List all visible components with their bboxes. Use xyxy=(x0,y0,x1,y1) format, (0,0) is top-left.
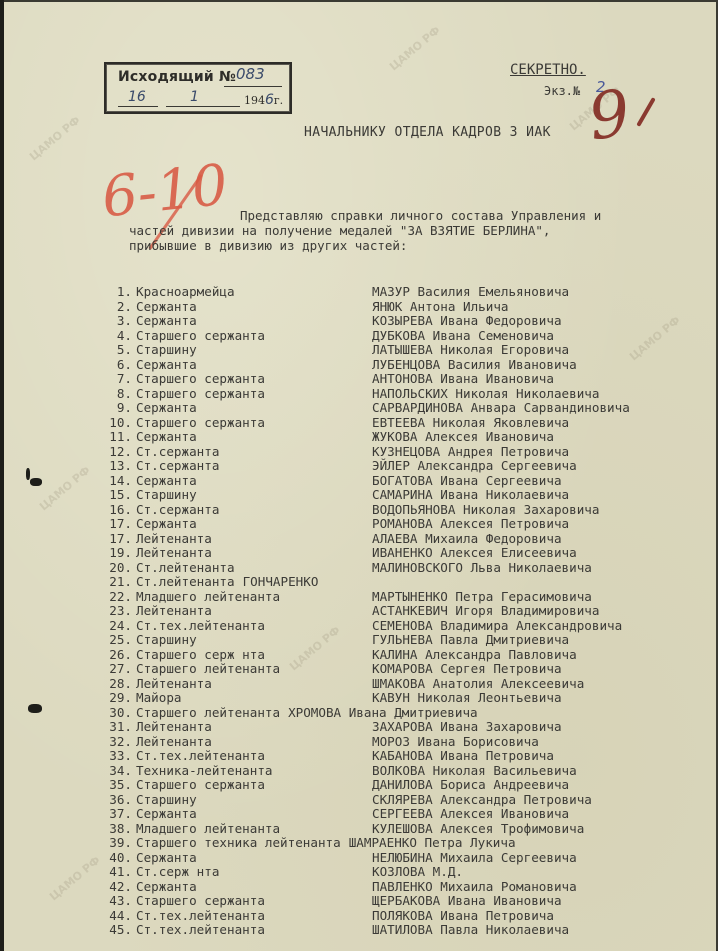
intro-line: прибывшие в дивизию из других частей: xyxy=(129,238,716,253)
list-item: 35.Старшего сержантаДАНИЛОВА Бориса Андр… xyxy=(102,778,716,793)
list-item: 38.Младшего лейтенантаКУЛЕШОВА Алексея Т… xyxy=(102,822,716,837)
item-number: 12. xyxy=(102,445,132,459)
punch-hole xyxy=(30,478,42,486)
list-item: 23.ЛейтенантаАСТАНКЕВИЧ Игоря Владимиров… xyxy=(102,604,716,619)
pencil-tick xyxy=(636,97,655,127)
item-rank: Старшину xyxy=(136,343,197,357)
item-name: МАРТЫНЕНКО Петра Герасимовича xyxy=(372,590,592,604)
item-rank: Ст.серж нта xyxy=(136,865,219,879)
item-number: 25. xyxy=(102,633,132,647)
stamp-underline xyxy=(224,86,282,87)
item-name: ХРОМОВА Ивана Дмитриевича xyxy=(288,705,478,720)
item-number: 31. xyxy=(102,720,132,734)
list-item: 14.СержантаБОГАТОВА Ивана Сергеевича xyxy=(102,474,716,489)
item-number: 30. xyxy=(102,706,132,720)
list-item: 25.СтаршинуГУЛЬНЕВА Павла Дмитриевича xyxy=(102,633,716,648)
outgoing-stamp: Исходящий № 083 16 1 1946г. xyxy=(104,62,292,114)
item-number: 38. xyxy=(102,822,132,836)
list-item: 20.Ст.лейтенантаМАЛИНОВСКОГО Льва Никола… xyxy=(102,561,716,576)
item-name: АНТОНОВА Ивана Ивановича xyxy=(372,372,554,386)
item-rank: Лейтенанта xyxy=(136,735,212,749)
item-number: 5. xyxy=(102,343,132,357)
item-rank: Старшину xyxy=(136,488,197,502)
item-name: ЗАХАРОВА Ивана Захаровича xyxy=(372,720,562,734)
item-name: ВОЛКОВА Николая Васильевича xyxy=(372,764,577,778)
list-item: 33.Ст.тех.лейтенантаКАБАНОВА Ивана Петро… xyxy=(102,749,716,764)
list-item: 17.ЛейтенантаАЛАЕВА Михаила Федоровича xyxy=(102,532,716,547)
item-number: 13. xyxy=(102,459,132,473)
item-number: 9. xyxy=(102,401,132,415)
item-number: 3. xyxy=(102,314,132,328)
item-rank: Старшего сержанта xyxy=(136,372,265,386)
item-name: ЩЕРБАКОВА Ивана Ивановича xyxy=(372,894,562,908)
punch-hole xyxy=(28,704,42,713)
item-number: 26. xyxy=(102,648,132,662)
item-name: СЕМЕНОВА Владимира Александровича xyxy=(372,619,622,633)
stamp-underline xyxy=(166,106,240,107)
item-number: 35. xyxy=(102,778,132,792)
item-rank: Ст.тех.лейтенанта xyxy=(136,749,265,763)
item-name: ЭЙЛЕР Александра Сергеевича xyxy=(372,459,577,473)
item-rank: Сержанта xyxy=(136,300,197,314)
list-item: 1.КрасноармейцаМАЗУР Василия Емельянович… xyxy=(102,285,716,300)
watermark: ЦАМО РФ xyxy=(387,24,443,74)
list-item: 37.СержантаСЕРГЕЕВА Алексея Ивановича xyxy=(102,807,716,822)
item-rank: Ст.тех.лейтенанта xyxy=(136,909,265,923)
list-item: 2.СержантаЯНЮК Антона Ильича xyxy=(102,300,716,315)
item-number: 16. xyxy=(102,503,132,517)
copy-label: Экз.№ xyxy=(544,84,580,98)
item-rank: Ст.сержанта xyxy=(136,445,219,459)
item-number: 45. xyxy=(102,923,132,937)
item-name: ЯНЮК Антона Ильича xyxy=(372,300,508,314)
item-number: 37. xyxy=(102,807,132,821)
item-rank: Сержанта xyxy=(136,807,197,821)
item-name: ШАТИЛОВА Павла Николаевича xyxy=(372,923,569,937)
rank-and-name: Старшего техника лейтенантаШАМРАЕНКО Пет… xyxy=(136,836,516,850)
watermark: ЦАМО РФ xyxy=(27,114,83,164)
list-item: 19.ЛейтенантаИВАНЕНКО Алексея Елисеевича xyxy=(102,546,716,561)
stamp-title: Исходящий № xyxy=(118,69,236,85)
item-rank: Старшего серж нта xyxy=(136,648,265,662)
sheet-number-mark: 9 xyxy=(585,81,634,150)
item-name: ШАМРАЕНКО Петра Лукича xyxy=(349,835,516,850)
list-item: 6.СержантаЛУБЕНЦОВА Василия Ивановича xyxy=(102,358,716,373)
item-name: ЖУКОВА Алексея Ивановича xyxy=(372,430,554,444)
list-item: 29.МайораКАВУН Николая Леонтьевича xyxy=(102,691,716,706)
item-number: 40. xyxy=(102,851,132,865)
item-name: СЕРГЕЕВА Алексея Ивановича xyxy=(372,807,569,821)
list-item: 30.Старшего лейтенантаХРОМОВА Ивана Дмит… xyxy=(102,706,716,721)
list-item: 41.Ст.серж нтаКОЗЛОВА М.Д. xyxy=(102,865,716,880)
item-number: 28. xyxy=(102,677,132,691)
item-rank: Майора xyxy=(136,691,182,705)
item-name: ДАНИЛОВА Бориса Андреевича xyxy=(372,778,569,792)
item-name: ВОДОПЬЯНОВА Николая Захаровича xyxy=(372,503,599,517)
item-rank: Сержанта xyxy=(136,851,197,865)
item-name: МОРОЗ Ивана Борисовича xyxy=(372,735,539,749)
item-number: 33. xyxy=(102,749,132,763)
item-number: 20. xyxy=(102,561,132,575)
item-name: АЛАЕВА Михаила Федоровича xyxy=(372,532,562,546)
item-rank: Сержанта xyxy=(136,474,197,488)
item-rank: Ст.сержанта xyxy=(136,459,219,473)
item-rank: Сержанта xyxy=(136,401,197,415)
item-number: 17. xyxy=(102,532,132,546)
item-name: НЕЛЮБИНА Михаила Сергеевича xyxy=(372,851,577,865)
item-rank: Ст.тех.лейтенанта xyxy=(136,619,265,633)
list-item: 42.СержантаПАВЛЕНКО Михаила Романовича xyxy=(102,880,716,895)
item-number: 19. xyxy=(102,546,132,560)
list-item: 28.ЛейтенантаШМАКОВА Анатолия Алексеевич… xyxy=(102,677,716,692)
item-number: 2. xyxy=(102,300,132,314)
item-name: МАЛИНОВСКОГО Льва Николаевича xyxy=(372,561,592,575)
item-name: КУЛЕШОВА Алексея Трофимовича xyxy=(372,822,584,836)
rank-and-name: Старшего лейтенантаХРОМОВА Ивана Дмитрие… xyxy=(136,706,478,720)
item-rank: Старшего лейтенанта xyxy=(136,705,280,720)
addressee: НАЧАЛЬНИКУ ОТДЕЛА КАДРОВ 3 ИАК xyxy=(304,125,551,140)
item-number: 42. xyxy=(102,880,132,894)
item-name: ПОЛЯКОВА Ивана Петровича xyxy=(372,909,554,923)
item-name: БОГАТОВА Ивана Сергеевича xyxy=(372,474,562,488)
item-rank: Лейтенанта xyxy=(136,546,212,560)
item-name: КУЗНЕЦОВА Андрея Петровича xyxy=(372,445,569,459)
stamp-month: 1 xyxy=(190,89,199,105)
item-rank: Красноармейца xyxy=(136,285,235,299)
intro-line: частей дивизии на получение медалей "ЗА … xyxy=(129,223,716,238)
item-rank: Сержанта xyxy=(136,880,197,894)
item-name: СКЛЯРЕВА Александра Петровича xyxy=(372,793,592,807)
item-number: 21. xyxy=(102,575,132,589)
list-item: 34.Техника-лейтенантаВОЛКОВА Николая Вас… xyxy=(102,764,716,779)
item-rank: Ст.лейтенанта xyxy=(136,561,235,575)
list-item: 7.Старшего сержантаАНТОНОВА Ивана Иванов… xyxy=(102,372,716,387)
item-name: КАВУН Николая Леонтьевича xyxy=(372,691,562,705)
item-rank: Старшего лейтенанта xyxy=(136,662,280,676)
item-name: ГУЛЬНЕВА Павла Дмитриевича xyxy=(372,633,569,647)
item-number: 36. xyxy=(102,793,132,807)
stamp-day: 16 xyxy=(128,89,146,105)
item-rank: Младшего лейтенанта xyxy=(136,590,280,604)
item-name: КОЗЛОВА М.Д. xyxy=(372,865,463,879)
list-item: 15.СтаршинуСАМАРИНА Ивана Николаевича xyxy=(102,488,716,503)
item-number: 34. xyxy=(102,764,132,778)
intro-line: Представляю справки личного состава Упра… xyxy=(129,208,716,223)
item-number: 44. xyxy=(102,909,132,923)
item-rank: Сержанта xyxy=(136,358,197,372)
item-rank: Сержанта xyxy=(136,430,197,444)
item-name: САРВАРДИНОВА Анвара Сарвандиновича xyxy=(372,401,630,415)
list-item: 16.Ст.сержантаВОДОПЬЯНОВА Николая Захаро… xyxy=(102,503,716,518)
item-number: 15. xyxy=(102,488,132,502)
stamp-number: 083 xyxy=(236,65,265,83)
item-name: САМАРИНА Ивана Николаевича xyxy=(372,488,569,502)
item-number: 8. xyxy=(102,387,132,401)
item-number: 24. xyxy=(102,619,132,633)
rank-and-name: Ст.лейтенантаГОНЧАРЕНКО xyxy=(136,575,318,589)
list-item: 40.СержантаНЕЛЮБИНА Михаила Сергеевича xyxy=(102,851,716,866)
item-number: 4. xyxy=(102,329,132,343)
list-item: 32.ЛейтенантаМОРОЗ Ивана Борисовича xyxy=(102,735,716,750)
list-item: 26.Старшего серж нтаКАЛИНА Александра Па… xyxy=(102,648,716,663)
item-name: МАЗУР Василия Емельяновича xyxy=(372,285,569,299)
item-number: 32. xyxy=(102,735,132,749)
punch-hole xyxy=(26,468,30,480)
item-rank: Лейтенанта xyxy=(136,677,212,691)
stamp-year: 1946г. xyxy=(244,92,283,108)
item-name: ШМАКОВА Анатолия Алексеевича xyxy=(372,677,584,691)
item-rank: Младшего лейтенанта xyxy=(136,822,280,836)
item-rank: Ст.сержанта xyxy=(136,503,219,517)
list-item: 44.Ст.тех.лейтенантаПОЛЯКОВА Ивана Петро… xyxy=(102,909,716,924)
intro-paragraph: Представляю справки личного состава Упра… xyxy=(129,208,716,253)
item-name: АСТАНКЕВИЧ Игоря Владимировича xyxy=(372,604,599,618)
list-item: 27.Старшего лейтенантаКОМАРОВА Сергея Пе… xyxy=(102,662,716,677)
item-rank: Лейтенанта xyxy=(136,532,212,546)
secrecy-label: СЕКРЕТНО. xyxy=(510,62,586,78)
item-rank: Лейтенанта xyxy=(136,720,212,734)
item-name: КОМАРОВА Сергея Петровича xyxy=(372,662,562,676)
item-number: 1. xyxy=(102,285,132,299)
item-name: ЛАТЫШЕВА Николая Егоровича xyxy=(372,343,569,357)
list-item: 22.Младшего лейтенантаМАРТЫНЕНКО Петра Г… xyxy=(102,590,716,605)
list-item: 12.Ст.сержантаКУЗНЕЦОВА Андрея Петровича xyxy=(102,445,716,460)
item-number: 7. xyxy=(102,372,132,386)
item-number: 39. xyxy=(102,836,132,850)
item-number: 22. xyxy=(102,590,132,604)
item-name: НАПОЛЬСКИХ Николая Николаевича xyxy=(372,387,599,401)
item-rank: Старшину xyxy=(136,793,197,807)
item-rank: Сержанта xyxy=(136,517,197,531)
item-name: ИВАНЕНКО Алексея Елисеевича xyxy=(372,546,577,560)
item-rank: Сержанта xyxy=(136,314,197,328)
list-item: 13.Ст.сержантаЭЙЛЕР Александра Сергеевич… xyxy=(102,459,716,474)
item-rank: Старшего техника лейтенанта xyxy=(136,835,341,850)
list-item: 39.Старшего техника лейтенантаШАМРАЕНКО … xyxy=(102,836,716,851)
award-list: 1.КрасноармейцаМАЗУР Василия Емельянович… xyxy=(102,285,716,938)
item-name: ДУБКОВА Ивана Семеновича xyxy=(372,329,554,343)
list-item: 43.Старшего сержантаЩЕРБАКОВА Ивана Иван… xyxy=(102,894,716,909)
item-number: 23. xyxy=(102,604,132,618)
item-number: 17. xyxy=(102,517,132,531)
list-item: 9.СержантаСАРВАРДИНОВА Анвара Сарвандино… xyxy=(102,401,716,416)
item-name: КОЗЫРЕВА Ивана Федоровича xyxy=(372,314,562,328)
list-item: 45.Ст.тех.лейтенантаШАТИЛОВА Павла Никол… xyxy=(102,923,716,938)
item-rank: Старшего сержанта xyxy=(136,778,265,792)
list-item: 4.Старшего сержантаДУБКОВА Ивана Семенов… xyxy=(102,329,716,344)
document-page: ЦАМО РФ ЦАМО РФ ЦАМО РФ ЦАМО РФ ЦАМО РФ … xyxy=(4,2,716,951)
item-name: ЕВТЕЕВА Николая Яковлевича xyxy=(372,416,569,430)
item-number: 27. xyxy=(102,662,132,676)
item-name: КАБАНОВА Ивана Петровича xyxy=(372,749,554,763)
watermark: ЦАМО РФ xyxy=(37,464,93,514)
item-rank: Старшего сержанта xyxy=(136,387,265,401)
list-item: 10.Старшего сержантаЕВТЕЕВА Николая Яков… xyxy=(102,416,716,431)
item-number: 10. xyxy=(102,416,132,430)
item-number: 29. xyxy=(102,691,132,705)
list-item: 3.СержантаКОЗЫРЕВА Ивана Федоровича xyxy=(102,314,716,329)
item-number: 6. xyxy=(102,358,132,372)
item-number: 11. xyxy=(102,430,132,444)
item-name: ПАВЛЕНКО Михаила Романовича xyxy=(372,880,577,894)
list-item: 5.СтаршинуЛАТЫШЕВА Николая Егоровича xyxy=(102,343,716,358)
item-rank: Лейтенанта xyxy=(136,604,212,618)
list-item: 17.СержантаРОМАНОВА Алексея Петровича xyxy=(102,517,716,532)
item-name: ЛУБЕНЦОВА Василия Ивановича xyxy=(372,358,577,372)
item-rank: Ст.лейтенанта xyxy=(136,574,235,589)
item-number: 43. xyxy=(102,894,132,908)
item-number: 41. xyxy=(102,865,132,879)
list-item: 24.Ст.тех.лейтенантаСЕМЕНОВА Владимира А… xyxy=(102,619,716,634)
watermark: ЦАМО РФ xyxy=(47,854,103,904)
list-item: 11.СержантаЖУКОВА Алексея Ивановича xyxy=(102,430,716,445)
item-name: КАЛИНА Александра Павловича xyxy=(372,648,577,662)
item-name: РОМАНОВА Алексея Петровича xyxy=(372,517,569,531)
list-item: 36.СтаршинуСКЛЯРЕВА Александра Петровича xyxy=(102,793,716,808)
item-number: 14. xyxy=(102,474,132,488)
item-rank: Старшину xyxy=(136,633,197,647)
list-item: 31.ЛейтенантаЗАХАРОВА Ивана Захаровича xyxy=(102,720,716,735)
item-rank: Старшего сержанта xyxy=(136,894,265,908)
item-rank: Техника-лейтенанта xyxy=(136,764,272,778)
stamp-underline xyxy=(118,106,158,107)
item-name: ГОНЧАРЕНКО xyxy=(243,574,319,589)
list-item: 21.Ст.лейтенантаГОНЧАРЕНКО xyxy=(102,575,716,590)
item-rank: Старшего сержанта xyxy=(136,416,265,430)
item-rank: Старшего сержанта xyxy=(136,329,265,343)
list-item: 8.Старшего сержантаНАПОЛЬСКИХ Николая Ни… xyxy=(102,387,716,402)
item-rank: Ст.тех.лейтенанта xyxy=(136,923,265,937)
